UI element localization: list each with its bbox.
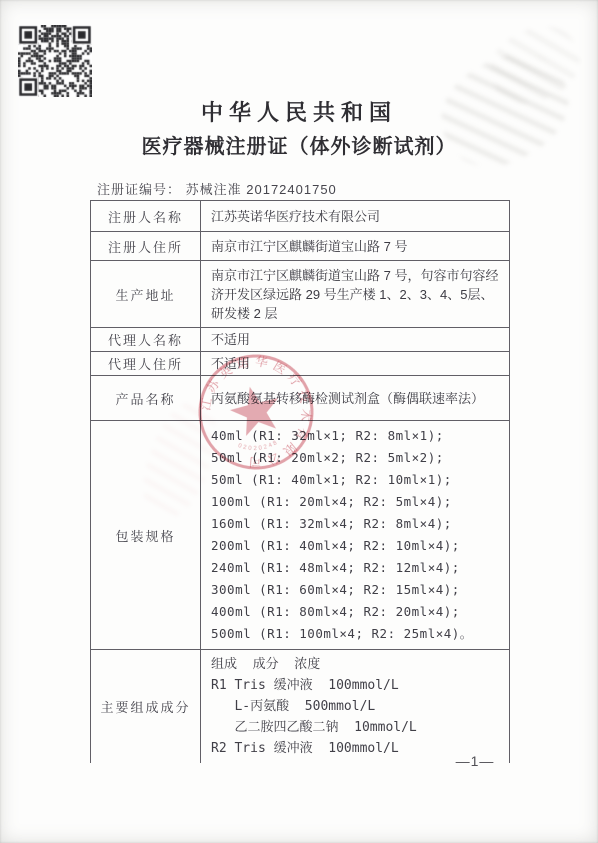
component-line: R1 Tris 缓冲液 100mmol/L bbox=[211, 675, 499, 696]
registration-number-label: 注册证编号： bbox=[97, 182, 181, 197]
row-label: 生产地址 bbox=[91, 261, 201, 327]
certificate-page: 中华人民共和国 医疗器械注册证（体外诊断试剂） 注册证编号： 苏械注准 2017… bbox=[0, 0, 598, 843]
spec-line: 50ml (R1: 40ml×1; R2: 10ml×1); bbox=[211, 469, 499, 491]
row-value: 南京市江宁区麒麟街道宝山路 7 号，句容市句容经济开发区绿远路 29 号生产楼 … bbox=[211, 266, 499, 323]
registration-number-value: 苏械注准 20172401750 bbox=[186, 182, 337, 197]
component-line: L-丙氨酸 500mmol/L bbox=[211, 696, 499, 717]
certificate-table: 注册人名称 江苏英诺华医疗技术有限公司 注册人住所 南京市江宁区麒麟街道宝山路 … bbox=[90, 200, 510, 763]
table-row-product-name: 产品名称 丙氨酸氨基转移酶检测试剂盒（酶偶联速率法） bbox=[91, 376, 509, 421]
row-label: 代理人名称 bbox=[91, 328, 201, 351]
spec-line: 160ml (R1: 32ml×4; R2: 8ml×4); bbox=[211, 513, 499, 535]
document-title-certificate: 医疗器械注册证（体外诊断试剂） bbox=[0, 130, 598, 159]
document-title-country: 中华人民共和国 bbox=[0, 96, 598, 127]
row-label: 产品名称 bbox=[91, 376, 201, 420]
table-row-registrant-name: 注册人名称 江苏英诺华医疗技术有限公司 bbox=[91, 201, 509, 232]
table-row-main-components: 主要组成成分 组成 成分 浓度 R1 Tris 缓冲液 100mmol/L L-… bbox=[91, 650, 509, 763]
row-value: 江苏英诺华医疗技术有限公司 bbox=[211, 207, 499, 226]
row-label: 注册人名称 bbox=[91, 201, 201, 231]
spec-line: 400ml (R1: 80ml×4; R2: 20ml×4); bbox=[211, 601, 499, 623]
spec-line: 50ml (R1: 20ml×2; R2: 5ml×2); bbox=[211, 447, 499, 469]
table-row-registrant-address: 注册人住所 南京市江宁区麒麟街道宝山路 7 号 bbox=[91, 232, 509, 261]
component-line: 组成 成分 浓度 bbox=[211, 654, 499, 675]
spec-line: 100ml (R1: 20ml×4; R2: 5ml×4); bbox=[211, 491, 499, 513]
spec-line: 500ml (R1: 100ml×4; R2: 25ml×4)。 bbox=[211, 623, 499, 645]
page-number: —1— bbox=[440, 753, 510, 769]
row-label: 代理人住所 bbox=[91, 352, 201, 375]
spec-line: 240ml (R1: 48ml×4; R2: 12ml×4); bbox=[211, 557, 499, 579]
row-label: 主要组成成分 bbox=[91, 650, 201, 763]
spec-line: 300ml (R1: 60ml×4; R2: 15ml×4); bbox=[211, 579, 499, 601]
table-row-agent-name: 代理人名称 不适用 bbox=[91, 328, 509, 352]
table-row-agent-address: 代理人住所 不适用 bbox=[91, 352, 509, 376]
registration-number-line: 注册证编号： 苏械注准 20172401750 bbox=[97, 179, 337, 198]
row-value: 南京市江宁区麒麟街道宝山路 7 号 bbox=[211, 237, 499, 256]
row-value: 丙氨酸氨基转移酶检测试剂盒（酶偶联速率法） bbox=[211, 389, 499, 408]
row-label: 注册人住所 bbox=[91, 232, 201, 260]
spec-line: 40ml (R1: 32ml×1; R2: 8ml×1); bbox=[211, 425, 499, 447]
row-label: 包装规格 bbox=[91, 421, 201, 649]
table-row-packaging-specs: 包装规格 40ml (R1: 32ml×1; R2: 8ml×1); 50ml … bbox=[91, 421, 509, 650]
row-value: 不适用 bbox=[211, 354, 499, 373]
row-value: 不适用 bbox=[211, 330, 499, 349]
table-row-production-address: 生产地址 南京市江宁区麒麟街道宝山路 7 号，句容市句容经济开发区绿远路 29 … bbox=[91, 261, 509, 328]
spec-line: 200ml (R1: 40ml×4; R2: 10ml×4); bbox=[211, 535, 499, 557]
component-line: 乙二胺四乙酸二钠 10mmol/L bbox=[211, 717, 499, 738]
qr-code-icon bbox=[18, 25, 92, 97]
